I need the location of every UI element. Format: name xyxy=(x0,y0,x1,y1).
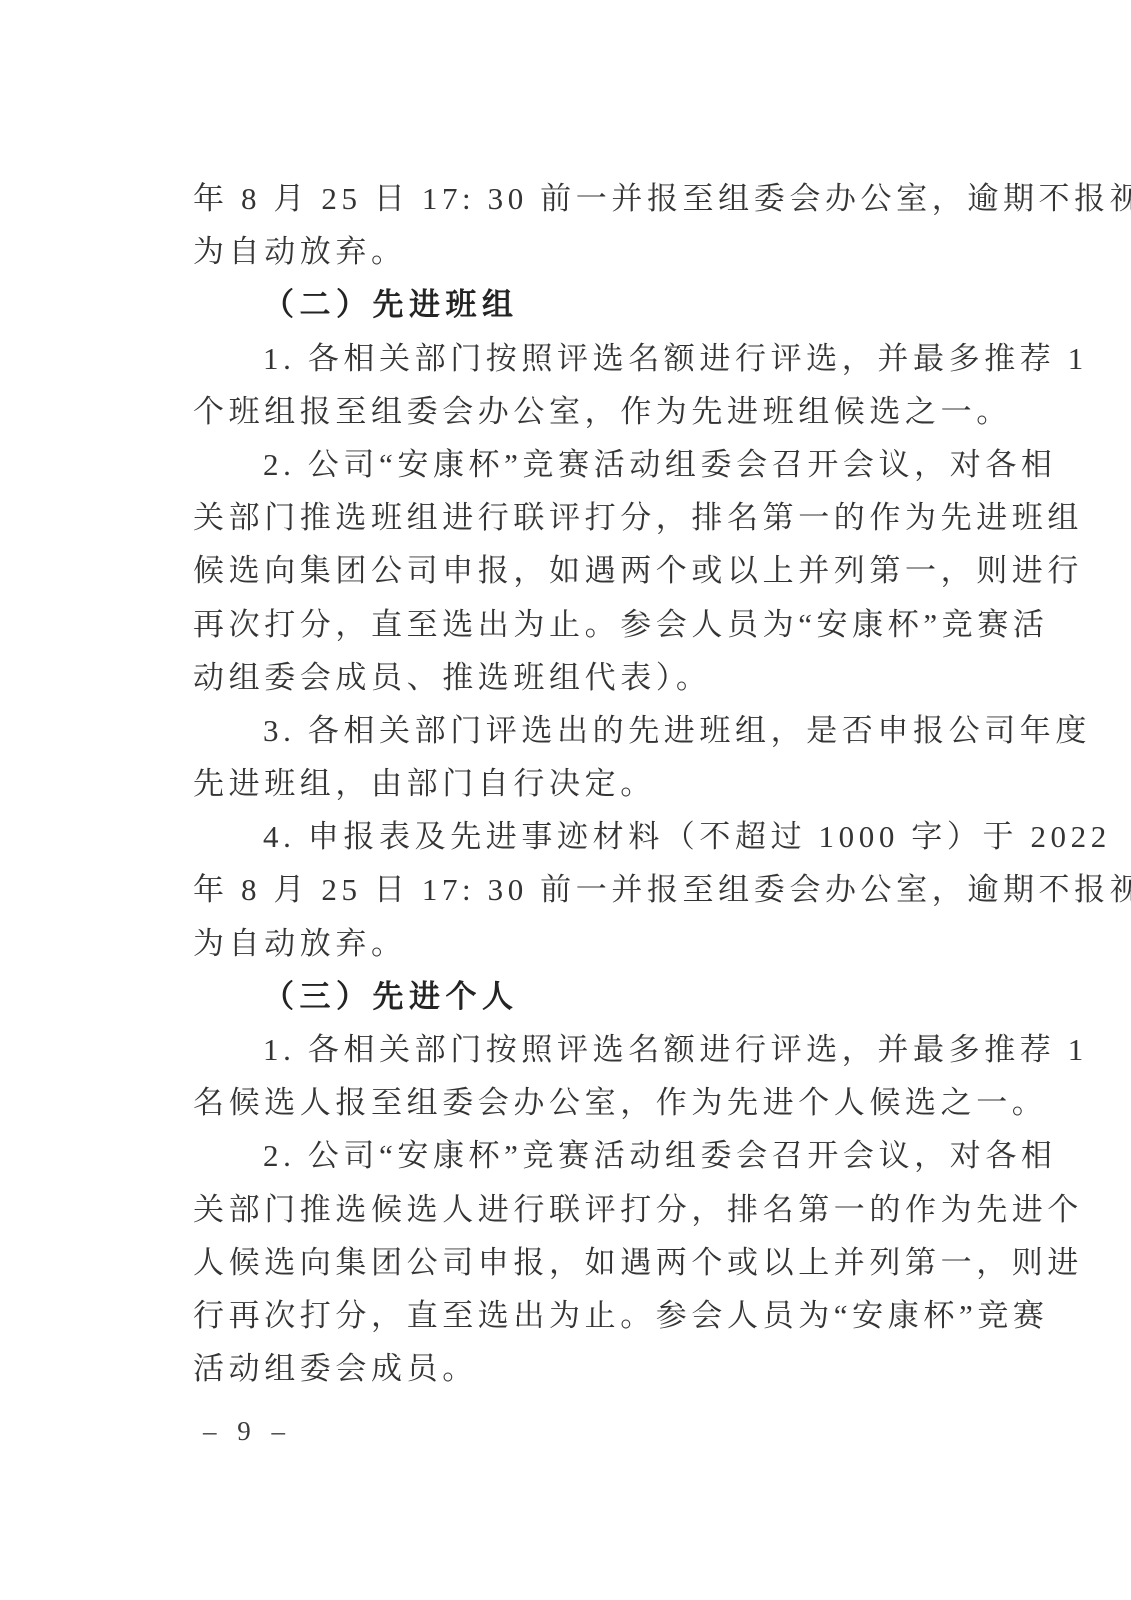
text-line: 行再次打分，直至选出为止。参会人员为“安康杯”竞赛 xyxy=(193,1289,953,1342)
paragraph-team-item-2: 2. 公司“安康杯”竞赛活动组委会召开会议，对各相 关部门推选班组进行联评打分，… xyxy=(193,438,953,704)
text-line: 1. 各相关部门按照评选名额进行评选，并最多推荐 1 xyxy=(193,1023,953,1076)
page-number: – 9 – xyxy=(203,1410,292,1452)
text-line: 活动组委会成员。 xyxy=(193,1342,953,1395)
heading-line: （二）先进班组 xyxy=(193,278,953,331)
document-page: 年 8 月 25 日 17: 30 前一并报至组委会办公室，逾期不报视 为自动放… xyxy=(0,0,1131,1600)
text-line: 2. 公司“安康杯”竞赛活动组委会召开会议，对各相 xyxy=(193,1129,953,1182)
text-line: 个班组报至组委会办公室，作为先进班组候选之一。 xyxy=(193,385,953,438)
paragraph-team-item-1: 1. 各相关部门按照评选名额进行评选，并最多推荐 1 个班组报至组委会办公室，作… xyxy=(193,332,953,438)
paragraph-deadline-continued: 年 8 月 25 日 17: 30 前一并报至组委会办公室，逾期不报视 为自动放… xyxy=(193,172,953,278)
text-line: 年 8 月 25 日 17: 30 前一并报至组委会办公室，逾期不报视 xyxy=(193,863,953,916)
text-line: 为自动放弃。 xyxy=(193,917,953,970)
text-line: 为自动放弃。 xyxy=(193,225,953,278)
text-line: 再次打分，直至选出为止。参会人员为“安康杯”竞赛活 xyxy=(193,598,953,651)
section-heading-advanced-individual: （三）先进个人 xyxy=(193,970,953,1023)
text-line: 4. 申报表及先进事迹材料（不超过 1000 字）于 2022 xyxy=(193,810,953,863)
paragraph-team-item-3: 3. 各相关部门评选出的先进班组，是否申报公司年度 先进班组，由部门自行决定。 xyxy=(193,704,953,810)
text-line: 关部门推选班组进行联评打分，排名第一的作为先进班组 xyxy=(193,491,953,544)
heading-line: （三）先进个人 xyxy=(193,970,953,1023)
paragraph-individual-item-2: 2. 公司“安康杯”竞赛活动组委会召开会议，对各相 关部门推选候选人进行联评打分… xyxy=(193,1129,953,1395)
text-line: 先进班组，由部门自行决定。 xyxy=(193,757,953,810)
paragraph-individual-item-1: 1. 各相关部门按照评选名额进行评选，并最多推荐 1 名候选人报至组委会办公室，… xyxy=(193,1023,953,1129)
text-line: 1. 各相关部门按照评选名额进行评选，并最多推荐 1 xyxy=(193,332,953,385)
text-line: 人候选向集团公司申报，如遇两个或以上并列第一，则进 xyxy=(193,1236,953,1289)
text-line: 3. 各相关部门评选出的先进班组，是否申报公司年度 xyxy=(193,704,953,757)
text-line: 动组委会成员、推选班组代表）。 xyxy=(193,651,953,704)
document-body: 年 8 月 25 日 17: 30 前一并报至组委会办公室，逾期不报视 为自动放… xyxy=(193,172,953,1395)
paragraph-team-item-4: 4. 申报表及先进事迹材料（不超过 1000 字）于 2022 年 8 月 25… xyxy=(193,810,953,970)
text-line: 候选向集团公司申报，如遇两个或以上并列第一，则进行 xyxy=(193,544,953,597)
text-line: 年 8 月 25 日 17: 30 前一并报至组委会办公室，逾期不报视 xyxy=(193,172,953,225)
section-heading-advanced-team: （二）先进班组 xyxy=(193,278,953,331)
text-line: 关部门推选候选人进行联评打分，排名第一的作为先进个 xyxy=(193,1183,953,1236)
text-line: 名候选人报至组委会办公室，作为先进个人候选之一。 xyxy=(193,1076,953,1129)
text-line: 2. 公司“安康杯”竞赛活动组委会召开会议，对各相 xyxy=(193,438,953,491)
